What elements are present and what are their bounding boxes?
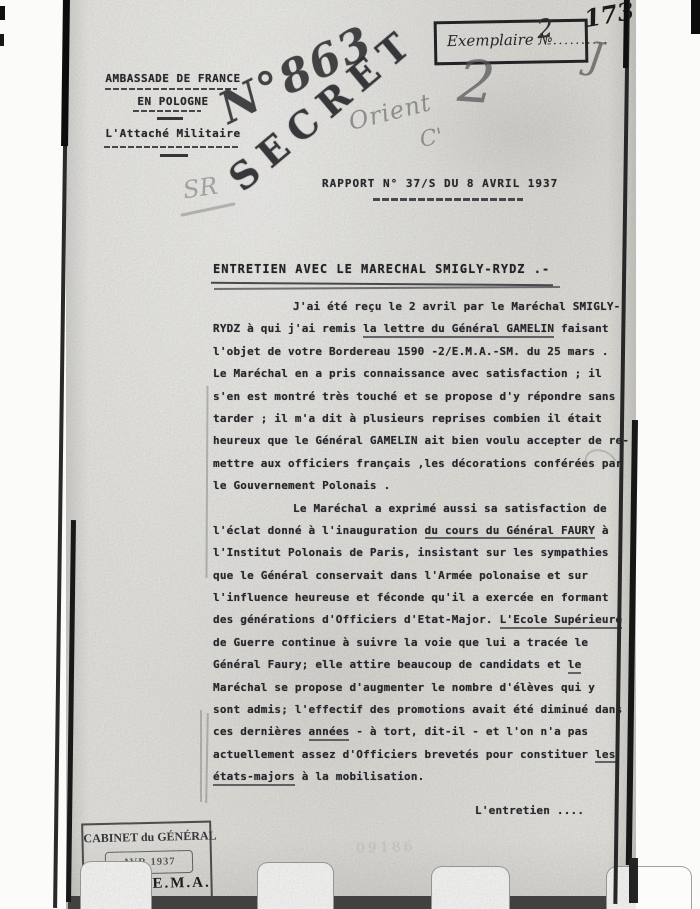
margin-pencil-line [200,710,202,802]
scanned-document: { "page": { "corner_number": "173", "mar… [0,0,700,909]
scan-edge-mark [0,34,4,46]
body-line: tarder ; il m'a dit à plusieurs reprises… [213,408,629,430]
body-line: l'influence heureuse et féconde qu'il a … [213,587,629,609]
body-line: actuellement assez d'Officiers brevetés … [213,744,629,766]
pencil-note-c: C' [418,124,445,153]
punch-tab [257,862,334,909]
body-line: l'éclat donné à l'inauguration du cours … [213,520,629,542]
scan-edge-mark [0,6,5,20]
letterhead-underline [104,146,240,148]
document-title: ENTRETIEN AVEC LE MARECHAL SMIGLY-RYDZ .… [213,262,550,276]
bottom-film-bar [68,896,638,909]
letterhead-dash [160,154,188,157]
body-line: Le Maréchal a exprimé aussi sa satisfact… [213,498,629,520]
body-line: le Gouvernement Polonais . [213,475,629,497]
page-right-edge [623,0,629,68]
body-line: l'objet de votre Bordereau 1590 -2/E.M.A… [213,341,629,363]
letterhead-line-3: L'Attaché Militaire [103,127,243,140]
bleed-through-digits: 09186 [356,839,416,857]
punch-tab [606,866,692,909]
cabinet-stamp-title: CABINET du GÉNÉRAL [83,829,209,847]
closing-line: L'entretien .... [213,800,629,822]
body-line: Maréchal se propose d'augmenter le nombr… [213,677,629,699]
punch-tab [80,861,152,909]
rapport-underline [373,198,523,201]
body-line: s'en est montré très touché et se propos… [213,386,629,408]
exemplaire-box: Exemplaire №.......... 2 [434,19,589,66]
letterhead-dash [157,117,183,120]
body-line: sont admis; l'effectif des promotions av… [213,699,629,721]
body-line: RYDZ à qui j'ai remis la lettre du Génér… [213,318,629,340]
body-line: l'Institut Polonais de Paris, insistant … [213,542,629,564]
page-right-edge [629,858,638,903]
pencil-number-2: 2 [456,47,498,117]
body-line: des générations d'Officiers d'Etat-Major… [213,609,629,631]
document-body: J'ai été reçu le 2 avril par le Maréchal… [213,296,629,822]
body-line: J'ai été reçu le 2 avril par le Maréchal… [213,296,629,318]
body-line: mettre aux officiers français ,les décor… [213,453,629,475]
body-line: que le Général conservait dans l'Armée p… [213,565,629,587]
body-line: heureux que le Général GAMELIN ait bien … [213,430,629,452]
body-line: ces dernières années - à tort, dit-il - … [213,721,629,743]
scan-corner-mark [691,0,700,34]
body-line: de Guerre continue à suivre la voie que … [213,632,629,654]
rapport-heading: RAPPORT N° 37/S DU 8 AVRIL 1937 [322,177,558,190]
cabinet-stamp-ema: E.M.A. [152,875,211,893]
pencil-initials-sr: SR [181,172,219,205]
punch-tab [431,866,510,909]
exemplaire-number-handwritten: 2 [535,14,555,46]
body-line: Le Maréchal en a pris connaissance avec … [213,363,629,385]
body-line: Général Faury; elle attire beaucoup de c… [213,654,629,676]
body-line: états-majors à la mobilisation. [213,766,629,788]
letterhead-underline [133,110,201,112]
